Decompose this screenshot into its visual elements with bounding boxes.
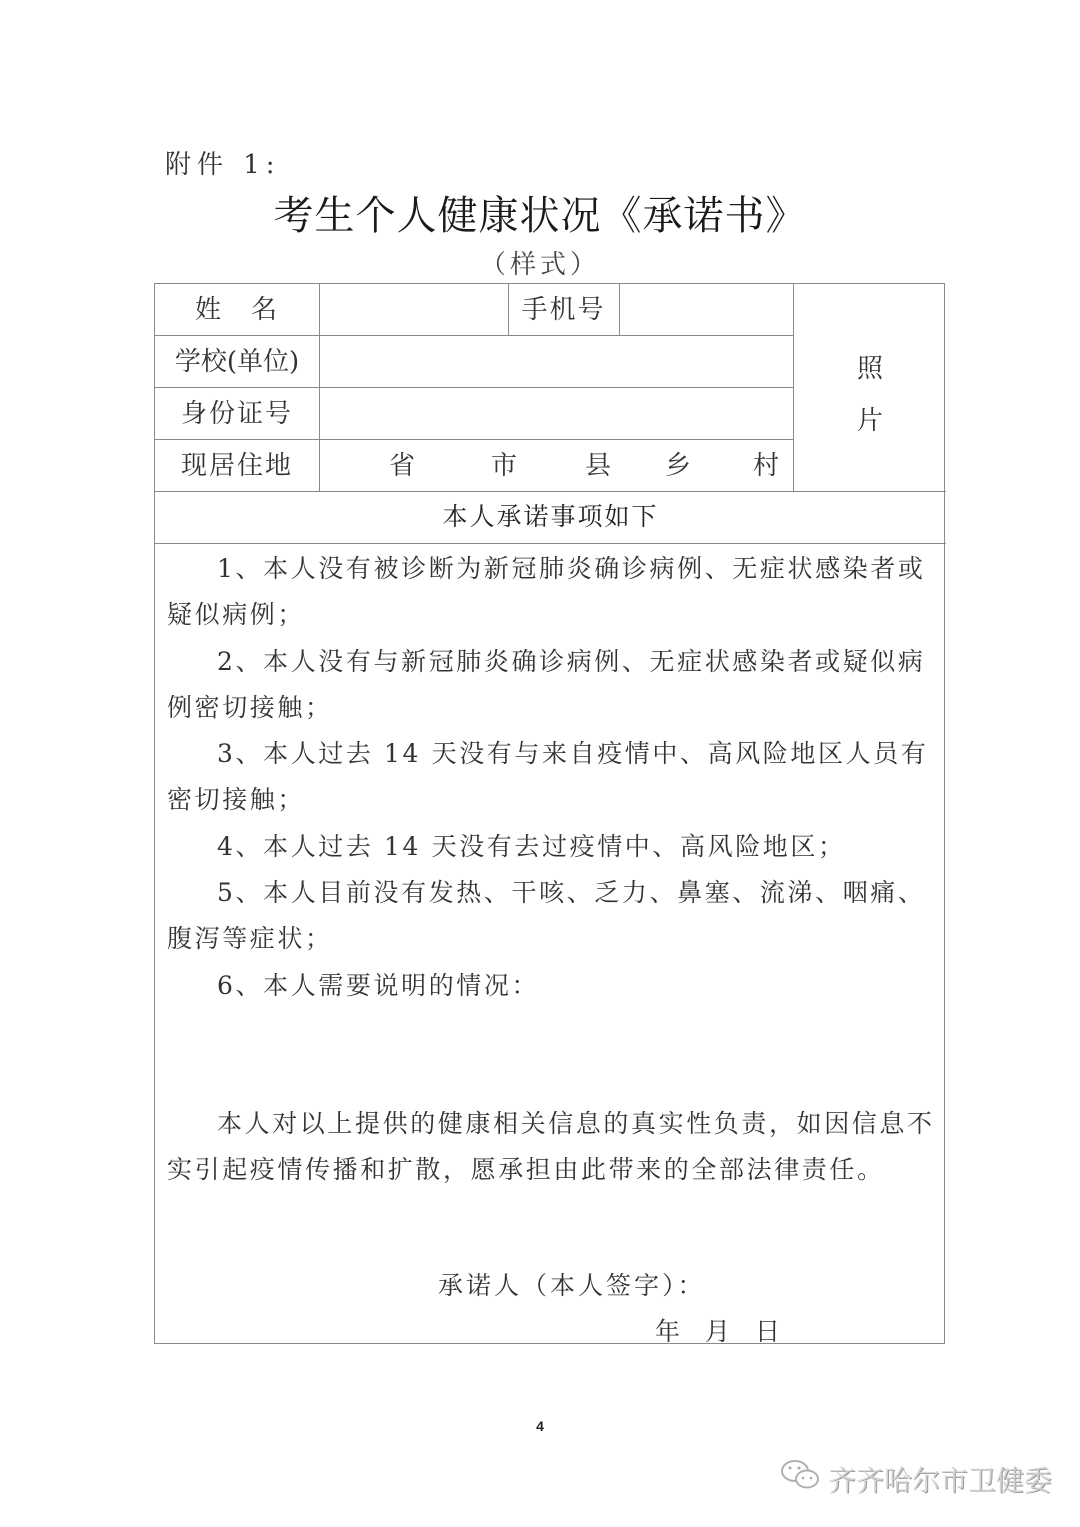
attachment-label: 附件 1: [165, 144, 281, 181]
name-input-cell[interactable] [320, 284, 508, 336]
address-county: 县 [583, 440, 613, 492]
id-number-input-cell[interactable] [320, 388, 793, 440]
address-city: 市 [489, 440, 519, 492]
page-title: 考生个人健康状况《承诺书》 [0, 184, 1080, 241]
commitment-item: 2、本人没有与新冠肺炎确诊病例、无症状感染者或疑似病例密切接触； [167, 639, 935, 732]
commitment-item: 6、本人需要说明的情况： [167, 963, 935, 1009]
phone-label: 手机号 [508, 284, 619, 336]
commitment-item: 5、本人目前没有发热、干咳、乏力、鼻塞、流涕、咽痛、腹泻等症状； [167, 870, 935, 963]
id-number-label: 身份证号 [155, 388, 319, 440]
signature-label: 承诺人（本人签字）： [438, 1266, 706, 1302]
declaration-text: 本人对以上提供的健康相关信息的真实性负责，如因信息不实引起疫情传播和扩散，愿承担… [167, 1101, 935, 1194]
address-province: 省 [387, 440, 417, 492]
address-village: 村 [751, 440, 781, 492]
section-heading: 本人承诺事项如下 [155, 491, 946, 543]
page-subtitle: （样式） [0, 244, 1080, 281]
commitment-item: 1、本人没有被诊断为新冠肺炎确诊病例、无症状感染者或疑似病例； [167, 546, 935, 639]
photo-label-bottom: 片 [794, 400, 946, 437]
commitment-item: 3、本人过去 14 天没有与来自疫情中、高风险地区人员有密切接触； [167, 731, 935, 824]
phone-input-cell[interactable] [620, 284, 793, 336]
col-divider [793, 284, 794, 491]
commitment-form-table: 姓 名 手机号 学校(单位) 身份证号 现居住地 省 市 县 乡 村 照 片 本… [154, 283, 945, 1344]
name-label: 姓 名 [155, 284, 319, 336]
commitments-list: 1、本人没有被诊断为新冠肺炎确诊病例、无症状感染者或疑似病例； 2、本人没有与新… [167, 546, 935, 1194]
photo-label-top: 照 [794, 348, 946, 385]
page-number: 4 [0, 1418, 1080, 1434]
school-label: 学校(单位) [155, 336, 319, 388]
row-divider [155, 543, 946, 544]
school-input-cell[interactable] [320, 336, 793, 388]
address-label: 现居住地 [155, 440, 319, 492]
watermark: 齐齐哈尔市卫健委 [780, 1458, 1052, 1499]
watermark-text: 齐齐哈尔市卫健委 [828, 1459, 1052, 1499]
wechat-icon [780, 1458, 822, 1499]
explanation-space[interactable] [167, 1009, 935, 1101]
commitment-item: 4、本人过去 14 天没有去过疫情中、高风险地区； [167, 824, 935, 870]
address-township: 乡 [663, 440, 693, 492]
date-label: 年 月 日 [655, 1312, 780, 1348]
